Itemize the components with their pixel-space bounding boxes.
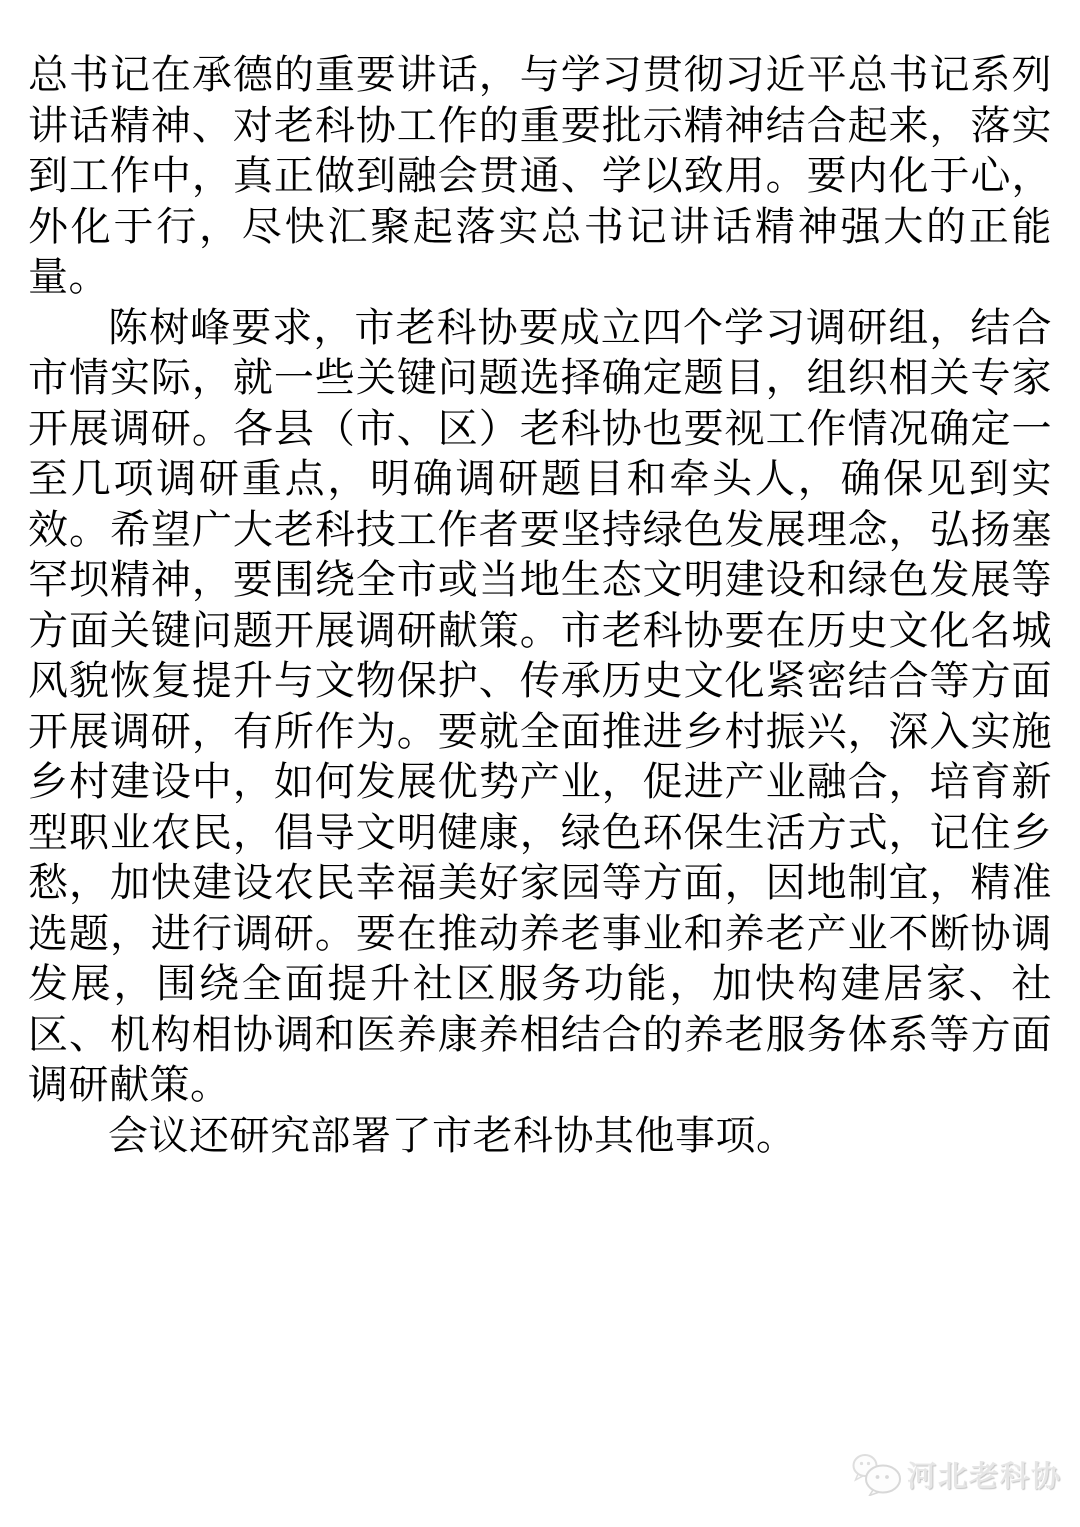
paragraph-closing: 会议还研究部署了市老科协其他事项。: [28, 1111, 1052, 1162]
wechat-icon: [852, 1452, 902, 1496]
paragraph-continuation: 总书记在承德的重要讲话，与学习贯彻习近平总书记系列讲话精神、对老科协工作的重要批…: [28, 50, 1052, 303]
watermark-label: 河北老科协: [907, 1454, 1062, 1495]
document-page: 总书记在承德的重要讲话，与学习贯彻习近平总书记系列讲话精神、对老科协工作的重要批…: [0, 0, 1080, 1527]
paragraph-requirements: 陈树峰要求，市老科协要成立四个学习调研组，结合市情实际，就一些关键问题选择确定题…: [28, 303, 1052, 1111]
watermark: 河北老科协: [852, 1452, 1062, 1496]
article-body: 总书记在承德的重要讲话，与学习贯彻习近平总书记系列讲话精神、对老科协工作的重要批…: [28, 50, 1052, 1161]
